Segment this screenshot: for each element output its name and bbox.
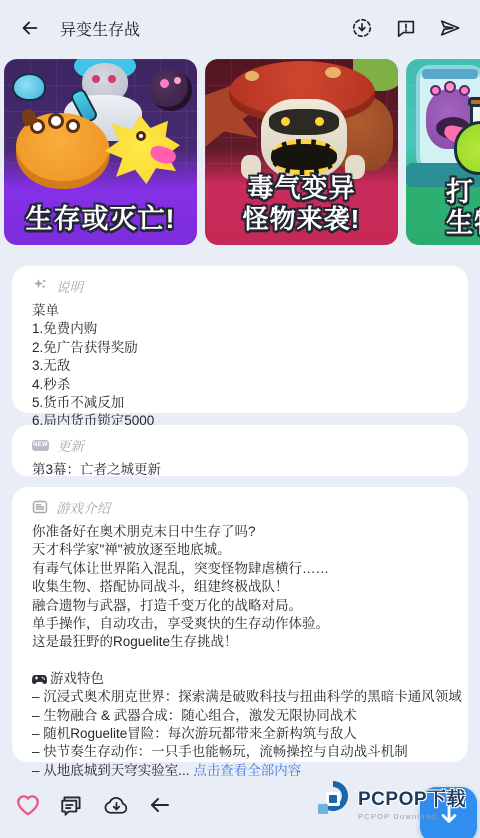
screenshot-caption-1: 生存或灭亡! [4, 204, 197, 235]
heart-icon [15, 793, 41, 817]
app-bar-actions [346, 12, 466, 44]
sparkle-icon [32, 278, 48, 294]
caption-line: 怪物来袭! [205, 204, 398, 235]
screenshot-caption-2: 毒气变异 怪物来袭! [205, 173, 398, 235]
feature-line: – 沉浸式奥术朋克世界：探索满是破败科技与扭曲科学的黑暗卡通风领域 [32, 688, 448, 706]
intro-paragraph: 天才科学家"禅"被放逐至地底城。 [32, 541, 448, 559]
intro-paragraph: 收集生物、搭配协同战斗，组建终极战队！ [32, 578, 448, 596]
intro-body: 你准备好在奥术朋克末日中生存了吗? 天才科学家"禅"被放逐至地底城。 有毒气体让… [32, 523, 448, 780]
cloud-download-icon [103, 793, 130, 817]
description-line: 菜单 [32, 302, 448, 320]
screenshot-slide-1[interactable]: 生存或灭亡! [4, 59, 197, 245]
page-title: 异变生存战 [60, 17, 346, 40]
down-arrow-icon [436, 802, 462, 828]
dashed-circle-download-icon [351, 17, 373, 39]
intro-paragraph: 单手操作，自动攻击，享受爽快的生存动作体验。 [32, 615, 448, 633]
section-description: 说明 菜单 1.免费内购 2.免广告获得奖励 3.无敌 4.秒杀 5.货币不减反… [12, 266, 468, 413]
section-update-header: NEW 更新 [32, 436, 448, 454]
screenshot-caption-3: 打 生物 [446, 177, 480, 239]
section-title: 说明 [56, 276, 83, 296]
description-line: 4.秒杀 [32, 376, 448, 394]
caption-line: 生物 [446, 208, 480, 239]
intro-paragraph: 这是最狂野的Roguelite生存挑战！ [32, 633, 448, 651]
download-status-button[interactable] [346, 12, 378, 44]
update-line: 第3幕：亡者之城更新 [32, 461, 448, 479]
back-arrow-icon [19, 17, 41, 39]
feature-line: – 快节奏生存动作：一只手也能畅玩，流畅操控与自动战斗机制 [32, 743, 448, 761]
description-body: 菜单 1.免费内购 2.免广告获得奖励 3.无敌 4.秒杀 5.货币不减反加 6… [32, 302, 448, 431]
bottom-toolbar [0, 772, 480, 838]
favorite-button[interactable] [14, 791, 42, 819]
description-line: 5.货币不减反加 [32, 394, 448, 412]
back-arrow-icon [147, 793, 173, 817]
intro-paragraph: 你准备好在奥术朋克末日中生存了吗? [32, 523, 448, 541]
back-button[interactable] [14, 12, 46, 44]
section-description-header: 说明 [32, 277, 448, 295]
section-intro: 游戏介绍 你准备好在奥术朋克末日中生存了吗? 天才科学家"禅"被放逐至地底城。 … [12, 487, 468, 762]
caption-line: 毒气变异 [205, 173, 398, 204]
caption-line: 打 [446, 177, 480, 208]
footer-back-button[interactable] [146, 791, 174, 819]
new-badge-icon: NEW [32, 440, 49, 451]
screenshot-slide-2[interactable]: 毒气变异 怪物来袭! [205, 59, 398, 245]
section-title: 游戏介绍 [56, 497, 110, 517]
section-update: NEW 更新 第3幕：亡者之城更新 [12, 425, 468, 476]
download-fab[interactable] [420, 787, 477, 838]
intro-paragraph: 融合遗物与武器，打造千变万化的战略对局。 [32, 597, 448, 615]
description-line: 3.无敌 [32, 357, 448, 375]
comments-icon [59, 792, 85, 818]
feature-line: – 生物融合 & 武器合成：随心组合，激发无限协同战术 [32, 707, 448, 725]
features-title-row: 游戏特色 [32, 670, 448, 688]
description-line: 1.免费内购 [32, 320, 448, 338]
cloud-download-button[interactable] [102, 791, 130, 819]
screenshot-slide-3[interactable]: 打 生物 [406, 59, 480, 245]
send-plane-icon [439, 17, 461, 39]
gamepad-icon [32, 673, 47, 685]
section-title: 更新 [57, 435, 84, 455]
features-title: 游戏特色 [50, 670, 104, 688]
intro-spacer [32, 652, 448, 670]
app-bar: 异变生存战 [0, 0, 480, 56]
feature-line: – 随机Roguelite冒险：每次游玩都带来全新构筑与敌人 [32, 725, 448, 743]
article-icon [32, 499, 48, 515]
feedback-bubble-icon [395, 17, 417, 39]
intro-paragraph: 有毒气体让世界陷入混乱，突变怪物肆虐横行…… [32, 560, 448, 578]
comments-button[interactable] [58, 791, 86, 819]
share-button[interactable] [434, 12, 466, 44]
description-line: 2.免广告获得奖励 [32, 339, 448, 357]
section-intro-header: 游戏介绍 [32, 498, 448, 516]
caption-line: 生存或灭亡! [4, 204, 197, 235]
update-body: 第3幕：亡者之城更新 [32, 461, 448, 479]
feedback-button[interactable] [390, 12, 422, 44]
game-detail-screen: 异变生存战 [0, 0, 480, 838]
screenshot-carousel[interactable]: 生存或灭亡! 毒气变异 怪物来袭! [0, 59, 480, 245]
